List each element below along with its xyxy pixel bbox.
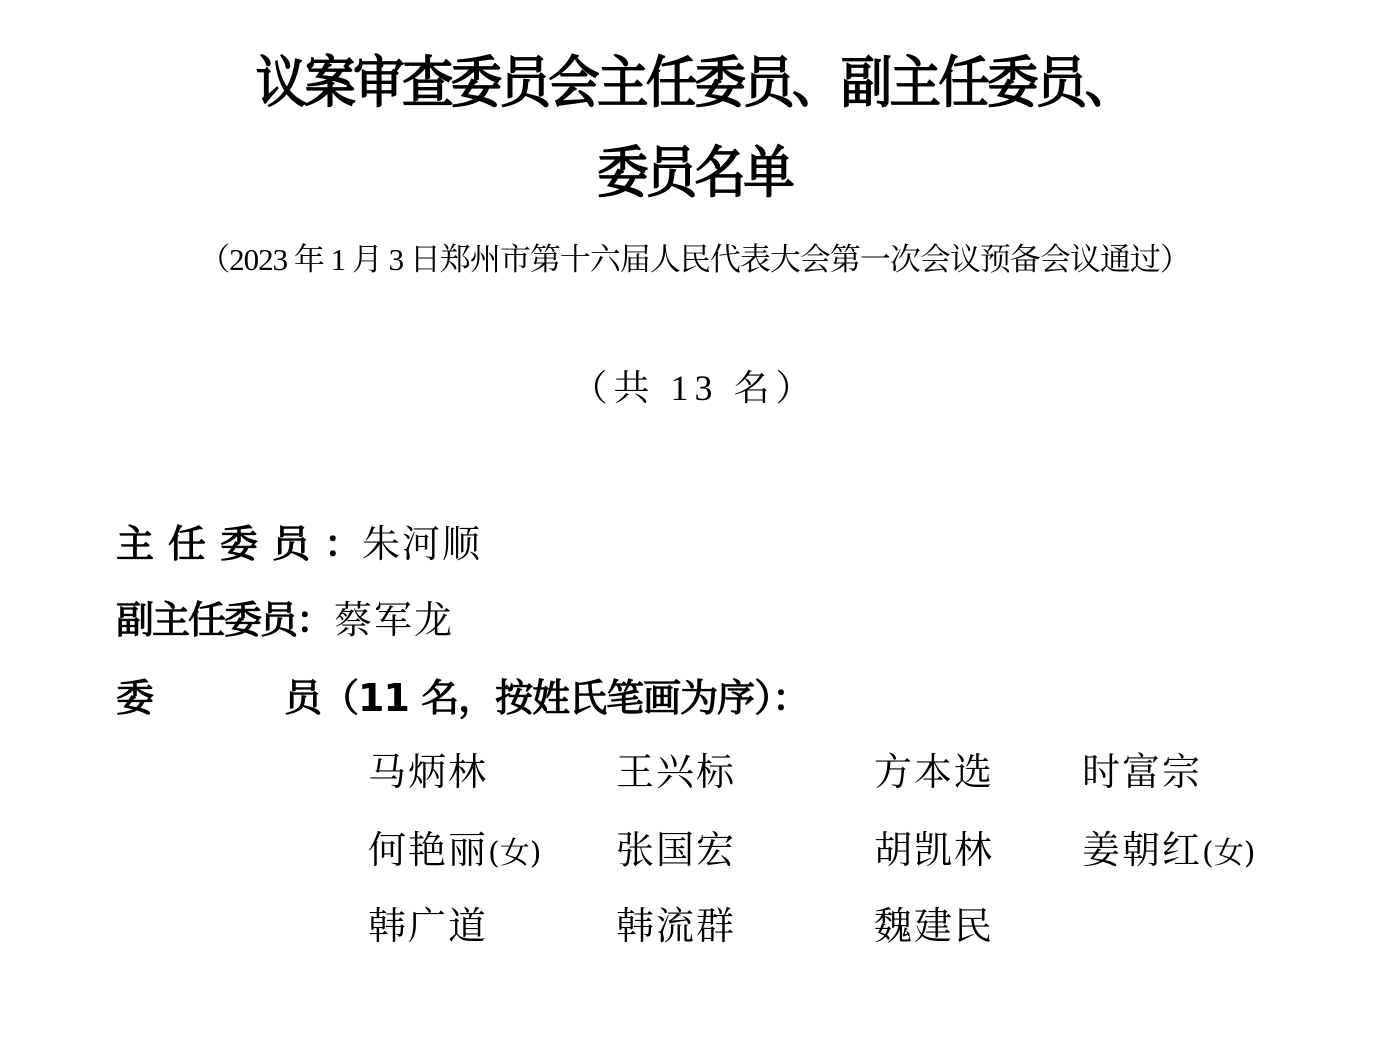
member-name: 姜朝红 (1082, 828, 1202, 872)
document-subtitle: （2023 年 1 月 3 日郑州市第十六届人民代表大会第一次会议预备会议通过） (0, 240, 1389, 280)
members-label-rest: 员（11 名，按姓氏笔画为序）： (284, 676, 809, 720)
total-count: （共 13 名） (0, 366, 1389, 410)
member-item: 韩广道 (368, 902, 488, 954)
member-name: 张国宏 (616, 828, 736, 872)
member-item: 方本选 (874, 748, 994, 800)
member-item: 何艳丽(女) (368, 826, 541, 878)
member-name: 时富宗 (1082, 750, 1202, 794)
member-name: 王兴标 (616, 750, 736, 794)
vice-chair-row: 副主任委员：蔡军龙 (116, 596, 454, 644)
member-name: 何艳丽 (368, 828, 488, 872)
member-item: 胡凯林 (874, 826, 994, 878)
vice-chair-label: 副主任委员 (116, 596, 296, 644)
member-name: 魏建民 (874, 904, 994, 948)
member-item: 张国宏 (616, 826, 736, 878)
member-name: 马炳林 (368, 750, 488, 794)
chair-name: 朱河顺 (362, 522, 482, 566)
member-item: 姜朝红(女) (1082, 826, 1255, 878)
member-item: 韩流群 (616, 902, 736, 954)
chair-colon: ： (324, 520, 362, 568)
members-label-first: 委 (116, 674, 284, 722)
document-title-line-1: 议案审查委员会主任委员、副主任委员、 (56, 52, 1334, 116)
vice-chair-colon: ： (296, 596, 334, 644)
vice-chair-name: 蔡军龙 (334, 598, 454, 642)
members-header-row: 委员（11 名，按姓氏笔画为序）： (116, 674, 809, 722)
member-name: 方本选 (874, 750, 994, 794)
member-note-female: (女) (1202, 836, 1255, 871)
member-note-female: (女) (488, 836, 541, 871)
member-name: 韩流群 (616, 904, 736, 948)
chair-row: 主任委员：朱河顺 (116, 520, 482, 568)
member-item: 时富宗 (1082, 748, 1202, 800)
member-name: 韩广道 (368, 904, 488, 948)
document-title-line-2: 委员名单 (56, 142, 1334, 206)
chair-label: 主任委员 (116, 520, 324, 568)
member-item: 魏建民 (874, 902, 994, 954)
member-item: 马炳林 (368, 748, 488, 800)
member-item: 王兴标 (616, 748, 736, 800)
member-name: 胡凯林 (874, 828, 994, 872)
